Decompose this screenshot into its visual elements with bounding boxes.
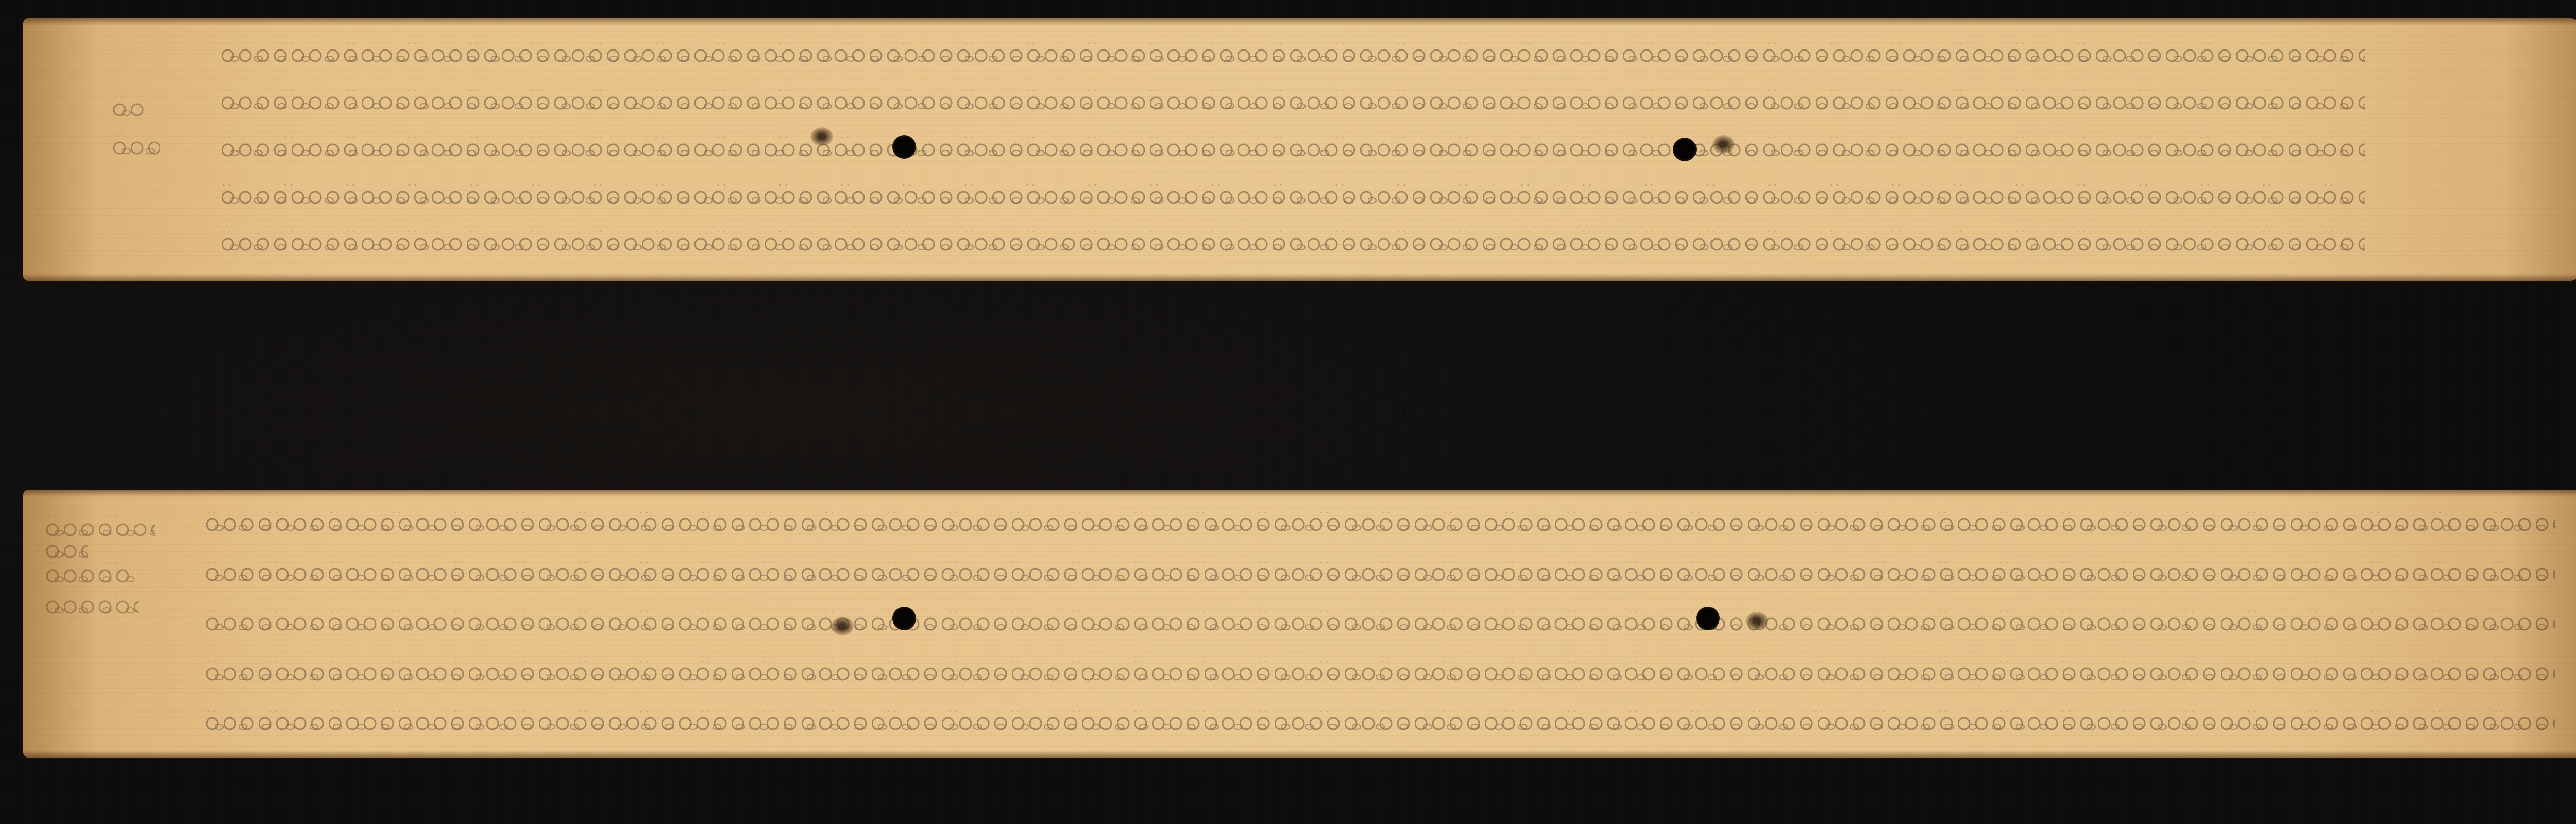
margin-note-page-number	[113, 95, 170, 173]
margin-annotation	[46, 515, 170, 618]
string-hole	[892, 607, 916, 630]
script-line	[206, 510, 2555, 538]
script-line	[206, 660, 2555, 687]
string-hole	[1696, 607, 1720, 630]
string-hole-mark	[831, 617, 854, 635]
script-line	[222, 183, 2365, 211]
string-hole-mark	[810, 127, 833, 146]
leaf-edge	[23, 274, 2576, 281]
script-line	[222, 41, 2365, 69]
margin-script-line	[113, 95, 144, 123]
margin-script-line	[46, 593, 139, 620]
script-line	[222, 136, 2365, 163]
string-hole	[1673, 138, 1697, 161]
script-line	[222, 89, 2365, 116]
script-line	[206, 610, 2555, 637]
manuscript-leaf-top: Palm-leaf manuscript leaf (upper)	[23, 18, 2576, 281]
margin-script-line	[46, 562, 134, 590]
margin-script-line	[113, 133, 160, 161]
leaf-edge	[23, 490, 2576, 497]
main-text-block	[222, 41, 2365, 258]
string-hole-mark	[1712, 135, 1735, 154]
script-line	[206, 560, 2555, 588]
string-hole-mark	[1745, 612, 1768, 630]
script-line	[222, 230, 2365, 258]
main-text-block	[206, 510, 2555, 737]
script-line	[206, 709, 2555, 737]
manuscript-leaf-bottom: Palm-leaf manuscript leaf (lower)	[23, 490, 2576, 758]
leaf-edge	[23, 18, 2576, 25]
string-hole	[892, 135, 916, 159]
leaf-edge	[23, 750, 2576, 758]
